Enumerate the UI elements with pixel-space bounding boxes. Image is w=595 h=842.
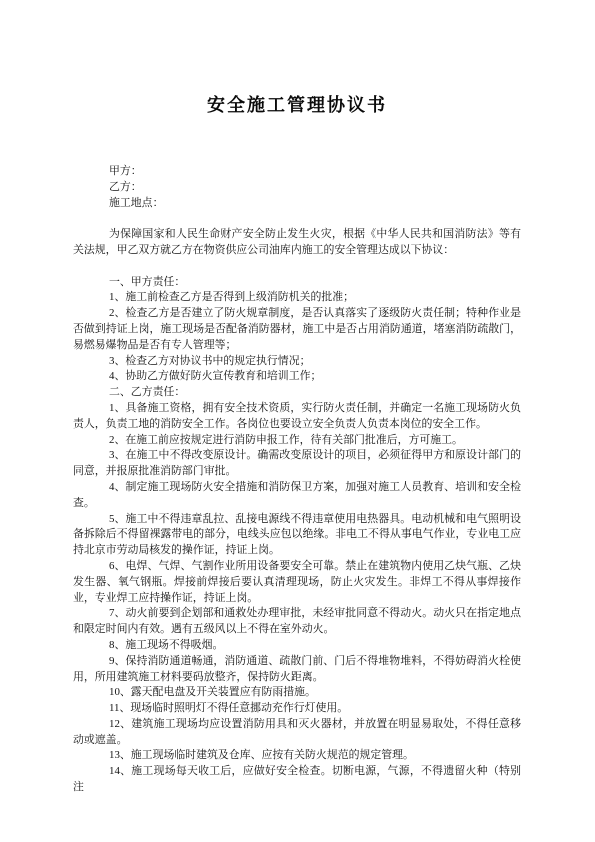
section-b-heading: 二、乙方责任： xyxy=(73,385,521,401)
blank-line xyxy=(73,259,521,275)
party-b-line: 乙方： xyxy=(73,180,521,196)
section-a-item: 4、协助乙方做好防火宣传教育和培训工作； xyxy=(73,369,521,385)
preamble-paragraph: 为保障国家和人民生命财产安全防止发生火灾，根据《中华人民共和国消防法》等有关法规… xyxy=(73,227,521,259)
section-b-item: 1、具备施工资格，拥有安全技术资质，实行防火责任制，并确定一名施工现场防火负责人… xyxy=(73,401,521,433)
section-a-item: 1、施工前检查乙方是否得到上级消防机关的批准； xyxy=(73,290,521,306)
section-b-item: 7、动火前要到企划部和通救处办理审批，未经审批同意不得动火。动火只在指定地点和限… xyxy=(73,606,521,638)
section-b-item: 5、施工中不得违章乱拉、乱接电源线不得违章使用电热器具。电动机械和电气照明设备拆… xyxy=(73,512,521,559)
construction-site-line: 施工地点： xyxy=(73,196,521,212)
section-b-item: 13、施工现场临时建筑及仓库、应按有关防火规范的规定管理。 xyxy=(73,748,521,764)
section-b-item: 11、现场临时照明灯不得任意挪动充作行灯使用。 xyxy=(73,701,521,717)
document-body: 甲方： 乙方： 施工地点： 为保障国家和人民生命财产安全防止发生火灾，根据《中华… xyxy=(73,164,521,796)
section-b-item: 8、施工现场不得吸烟。 xyxy=(73,638,521,654)
section-b-item: 12、建筑施工现场均应设置消防用具和灭火器材，并放置在明显易取处，不得任意移动或… xyxy=(73,717,521,749)
section-b-item: 9、保持消防通道畅通，消防通道、疏散门前、门后不得堆物堆料，不得妨碍消火栓使用，… xyxy=(73,654,521,686)
blank-line xyxy=(73,211,521,227)
section-b-item: 10、露天配电盘及开关装置应有防雨措施。 xyxy=(73,685,521,701)
section-a-item: 2、检查乙方是否建立了防火规章制度，是否认真落实了逐级防火责任制；特种作业是否做… xyxy=(73,306,521,353)
section-a-item: 3、检查乙方对协议书中的规定执行情况； xyxy=(73,354,521,370)
section-b-item: 2、在施工前应按规定进行消防申报工作，待有关部门批准后，方可施工。 xyxy=(73,433,521,449)
party-a-line: 甲方： xyxy=(73,164,521,180)
section-b-item: 4、制定施工现场防火安全措施和消防保卫方案，加强对施工人员教育、培训和安全检查。 xyxy=(73,480,521,512)
document-page: 安全施工管理协议书 甲方： 乙方： 施工地点： 为保障国家和人民生命财产安全防止… xyxy=(0,0,595,842)
document-title: 安全施工管理协议书 xyxy=(73,94,521,116)
section-b-item: 3、在施工中不得改变原设计。确需改变原设计的项目，必须征得甲方和原设计部门的同意… xyxy=(73,448,521,480)
section-a-heading: 一、甲方责任： xyxy=(73,275,521,291)
section-b-item: 14、施工现场每天收工后，应做好安全检查。切断电源，气源，不得遗留火种（特别注 xyxy=(73,764,521,796)
section-b-item: 6、电焊、气焊、气割作业所用设备要安全可靠。禁止在建筑物内使用乙炔气瓶、乙炔发生… xyxy=(73,559,521,606)
